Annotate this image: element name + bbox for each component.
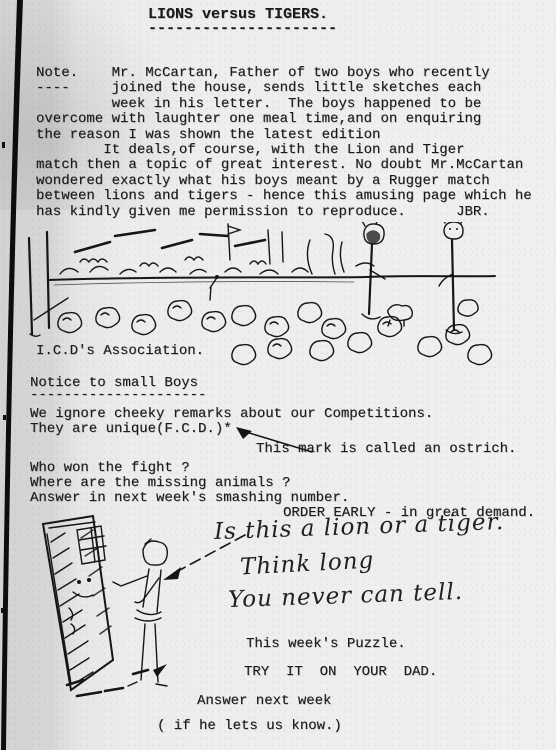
handwritten-never-tell: You never can tell. (228, 579, 464, 613)
ostrich-note: This mark is called an ostrich. (256, 442, 516, 457)
puzzle-answer-line-2: ( if he lets us know.) (157, 719, 342, 734)
page-title-underline: --------------------- (148, 21, 337, 36)
note-paragraph: Note. Mr. McCartan, Father of two boys w… (36, 66, 532, 220)
puzzle-title: This week's Puzzle. (246, 637, 406, 652)
notice-line-2: They are unique(F.C.D.)* (30, 422, 232, 437)
boy-and-animal-sketch (25, 512, 190, 712)
puzzle-try-it-line: TRY IT ON YOUR DAD. (244, 665, 437, 680)
handwritten-question: Is this a lion or a tiger. (214, 509, 505, 545)
scanned-document-page: LIONS versus TIGERS. -------------------… (0, 0, 556, 750)
scan-edge-bar (0, 0, 28, 750)
puzzle-answer-line-1: Answer next week (197, 694, 331, 709)
handwritten-think-long: Think long (239, 548, 374, 581)
notice-heading-underline: --------------------- (30, 388, 206, 403)
association-label: I.C.D's Association. (36, 344, 204, 359)
